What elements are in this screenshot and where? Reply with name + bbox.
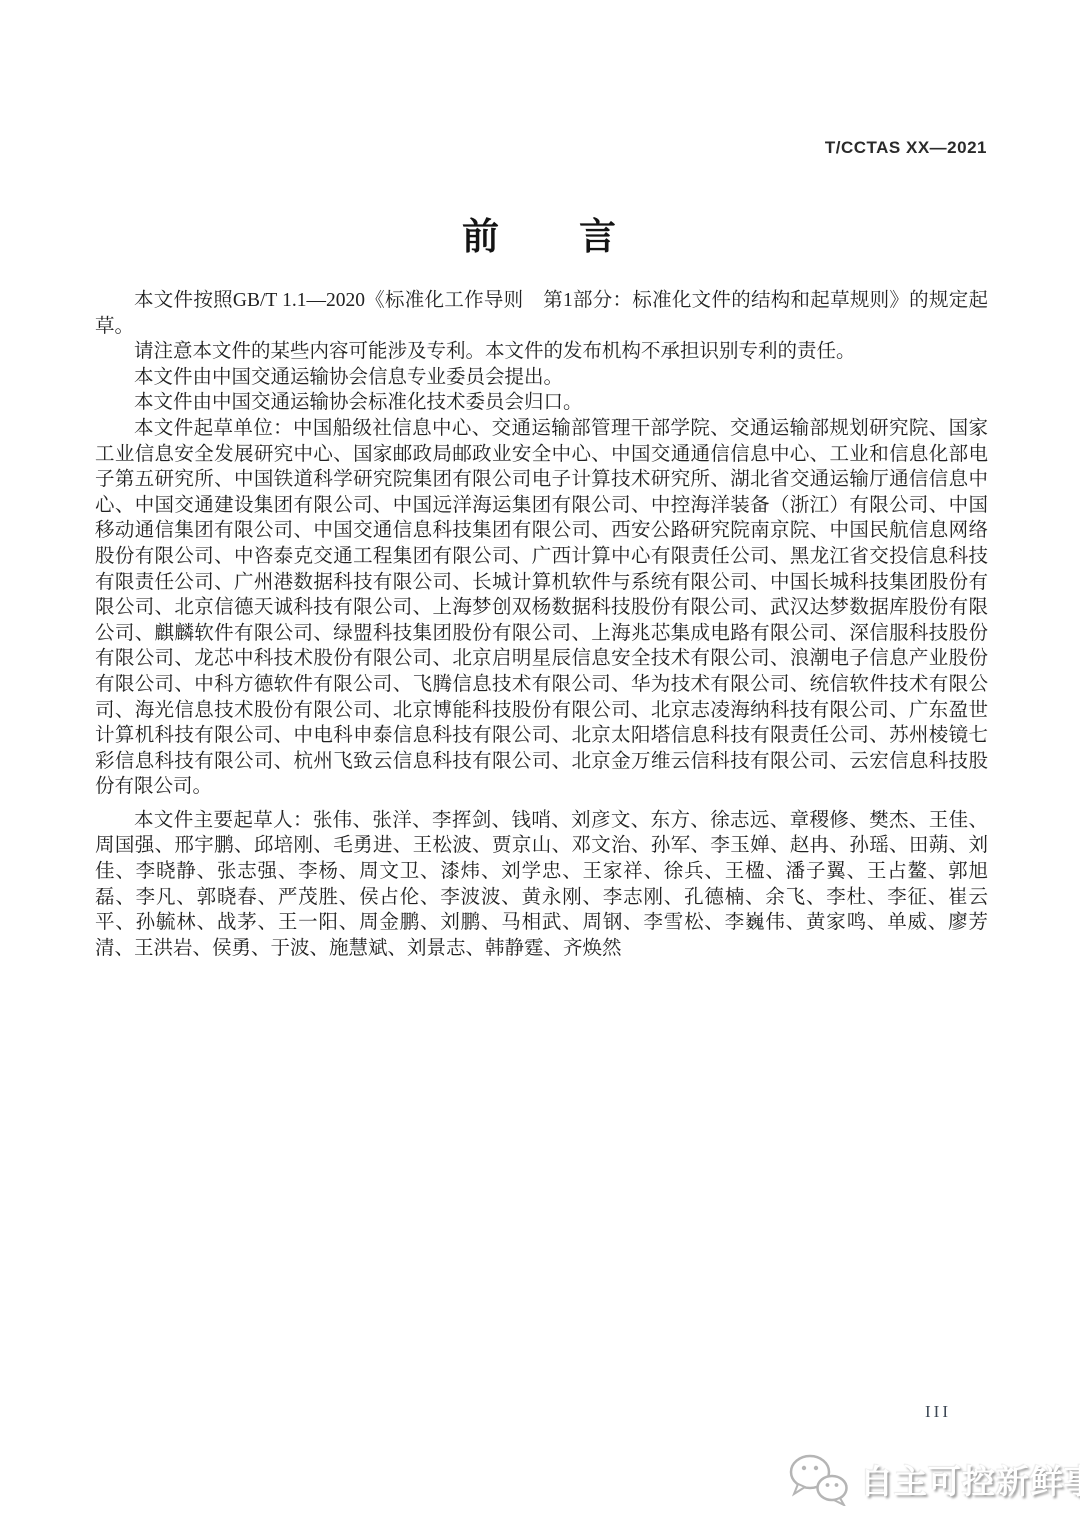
paragraph-drafting-organizations: 本文件起草单位：中国船级社信息中心、交通运输部管理干部学院、交通运输部规划研究院… xyxy=(95,416,988,800)
paragraph-patent-notice: 请注意本文件的某些内容可能涉及专利。本文件的发布机构不承担识别专利的责任。 xyxy=(95,339,988,365)
watermark-label: 自主可控新鲜事 xyxy=(860,1456,1080,1503)
paragraph-main-drafters: 本文件主要起草人：张伟、张洋、李挥剑、钱哨、刘彦文、东方、徐志远、章稷修、樊杰、… xyxy=(95,808,988,962)
document-page: T/CCTAS XX—2021 前 言 本文件按照GB/T 1.1—2020《标… xyxy=(0,0,1080,1528)
paragraph-drafting-rule: 本文件按照GB/T 1.1—2020《标准化工作导则 第1部分：标准化文件的结构… xyxy=(95,288,988,339)
wechat-icon xyxy=(788,1452,850,1506)
foreword-body: 本文件按照GB/T 1.1—2020《标准化工作导则 第1部分：标准化文件的结构… xyxy=(95,288,988,961)
paragraph-centralized-by: 本文件由中国交通运输协会标准化技术委员会归口。 xyxy=(95,390,988,416)
paragraph-proposed-by: 本文件由中国交通运输协会信息专业委员会提出。 xyxy=(95,365,988,391)
watermark: 自主可控新鲜事 xyxy=(788,1452,1080,1506)
doc-code: T/CCTAS XX—2021 xyxy=(825,138,987,158)
page-number: III xyxy=(878,1402,998,1422)
page-title: 前 言 xyxy=(0,206,1080,260)
